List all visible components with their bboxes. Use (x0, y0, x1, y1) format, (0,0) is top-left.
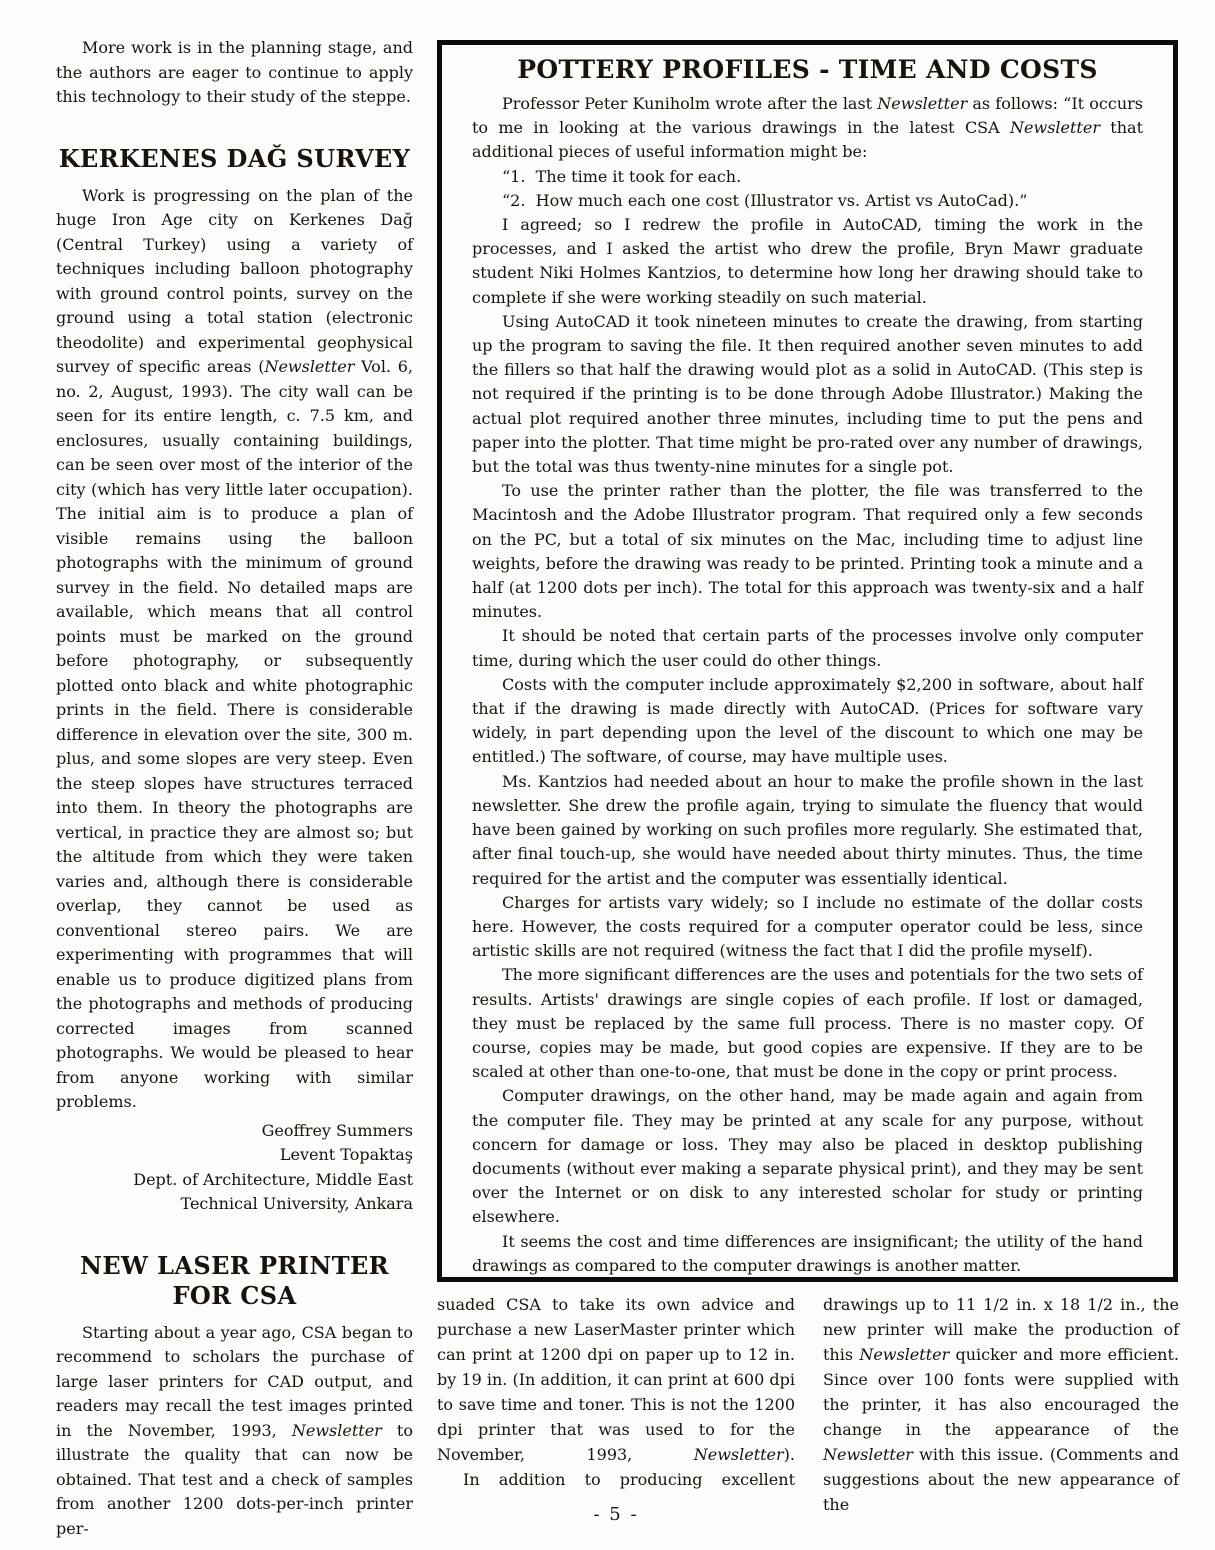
laser-printer-heading-line2: FOR CSA (172, 1281, 296, 1310)
computer-time-paragraph: It should be noted that certain parts of… (472, 624, 1143, 672)
agreed-paragraph: I agreed; so I redrew the profile in Aut… (472, 213, 1143, 310)
bottom-middle-column-text: suaded CSA to take its own advice and pu… (437, 1292, 795, 1492)
differences-paragraph: The more significant differences are the… (472, 963, 1143, 1084)
kerkenes-survey-heading: KERKENES DAĞ SURVEY (56, 144, 413, 174)
signature-affiliation-1: Dept. of Architecture, Middle East (56, 1168, 413, 1193)
bottom-right-column: drawings up to 11 1/2 in. x 18 1/2 in., … (823, 1292, 1179, 1517)
pottery-article-title: POTTERY PROFILES - TIME AND COSTS (472, 55, 1143, 84)
kuniholm-quote-paragraph: Professor Peter Kuniholm wrote after the… (472, 92, 1143, 165)
list-item-1: “1. The time it took for each. (472, 165, 1143, 189)
signature-author-1: Geoffrey Summers (56, 1119, 413, 1144)
page-number: - 5 - (437, 1504, 795, 1525)
left-column: More work is in the planning stage, and … (56, 36, 413, 1541)
conclusion-paragraph: It seems the cost and time differences a… (472, 1230, 1143, 1278)
laser-printer-paragraph: Starting about a year ago, CSA began to … (56, 1321, 413, 1542)
signature-author-2: Levent Topaktaş (56, 1143, 413, 1168)
newsletter-page: More work is in the planning stage, and … (0, 0, 1215, 1550)
software-costs-paragraph: Costs with the computer include approxim… (472, 673, 1143, 770)
addition-paragraph: In addition to producing excellent (437, 1467, 795, 1492)
signature-block: Geoffrey Summers Levent Topaktaş Dept. o… (56, 1119, 413, 1217)
kantzios-paragraph: Ms. Kantzios had needed about an hour to… (472, 770, 1143, 891)
list-item-2: “2. How much each one cost (Illustrator … (472, 189, 1143, 213)
laser-printer-heading-line1: NEW LASER PRINTER (80, 1251, 389, 1280)
drawings-paragraph: drawings up to 11 1/2 in. x 18 1/2 in., … (823, 1292, 1179, 1517)
bottom-middle-column: suaded CSA to take its own advice and pu… (437, 1292, 795, 1525)
intro-paragraph: More work is in the planning stage, and … (56, 36, 413, 110)
computer-drawings-paragraph: Computer drawings, on the other hand, ma… (472, 1084, 1143, 1229)
laser-continuation-paragraph: suaded CSA to take its own advice and pu… (437, 1292, 795, 1467)
charges-paragraph: Charges for artists vary widely; so I in… (472, 891, 1143, 964)
kerkenes-survey-paragraph: Work is progressing on the plan of the h… (56, 184, 413, 1115)
laser-printer-heading: NEW LASER PRINTERFOR CSA (56, 1251, 413, 1311)
pottery-article-box: POTTERY PROFILES - TIME AND COSTS Profes… (437, 40, 1178, 1282)
signature-affiliation-2: Technical University, Ankara (56, 1192, 413, 1217)
pottery-article-body: Professor Peter Kuniholm wrote after the… (472, 92, 1143, 1278)
autocad-timing-paragraph: Using AutoCAD it took nineteen minutes t… (472, 310, 1143, 479)
printer-transfer-paragraph: To use the printer rather than the plott… (472, 479, 1143, 624)
